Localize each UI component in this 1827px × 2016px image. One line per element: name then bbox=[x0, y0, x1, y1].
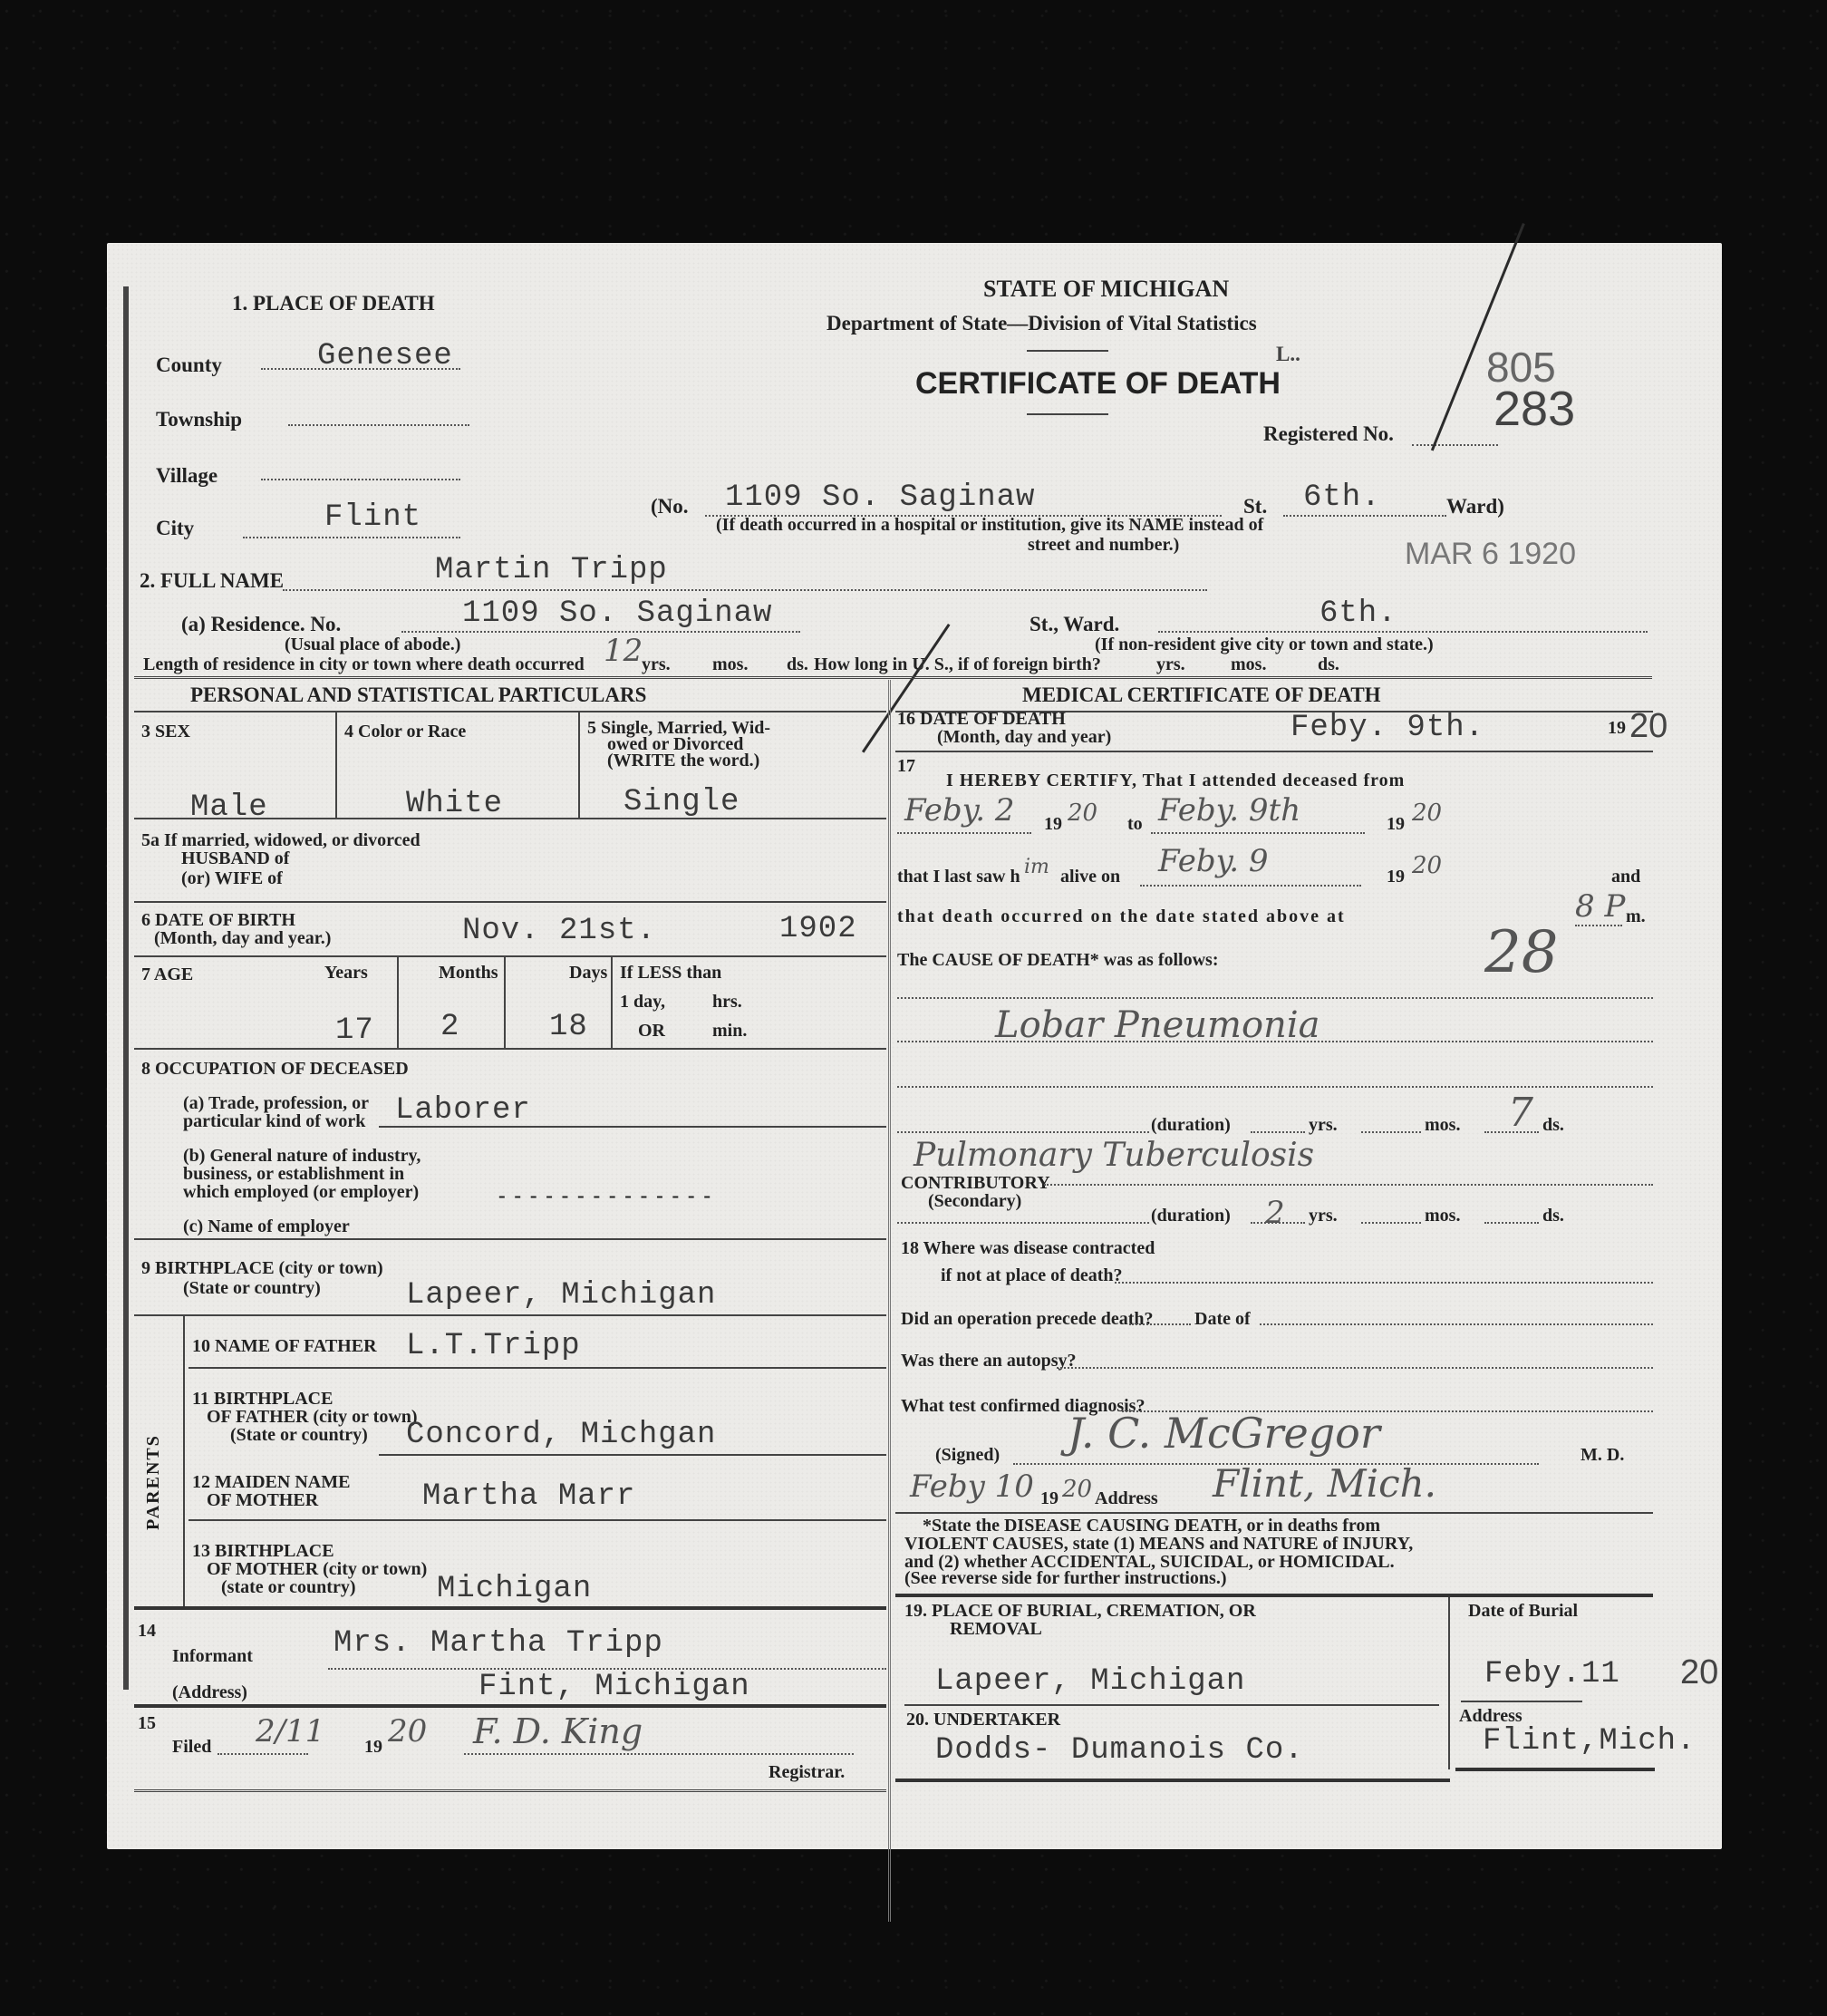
attended-from-year: 20 bbox=[1068, 800, 1097, 827]
foreign-ds-label: ds. bbox=[1318, 654, 1339, 675]
ds-label-2: ds. bbox=[1542, 1206, 1564, 1226]
title-rule-top bbox=[1027, 350, 1108, 352]
last-saw-year: 20 bbox=[1412, 852, 1442, 879]
age-days-value: 18 bbox=[549, 1010, 588, 1044]
undertaker-value: Dodds- Dumanois Co. bbox=[935, 1733, 1304, 1768]
informant-address-value: Fint, Michigan bbox=[478, 1670, 750, 1704]
burial-place-label-2: REMOVAL bbox=[950, 1619, 1042, 1640]
rule bbox=[379, 1454, 886, 1456]
rule bbox=[134, 955, 886, 957]
state-heading: STATE OF MICHIGAN bbox=[983, 276, 1229, 303]
md-label: M. D. bbox=[1580, 1445, 1624, 1466]
attended-to-value: Feby. 9th bbox=[1158, 792, 1300, 829]
foreign-yrs-label: yrs. bbox=[1156, 654, 1185, 675]
hospital-note: (If death occurred in a hospital or inst… bbox=[716, 515, 1263, 536]
dob-value: Nov. 21st. bbox=[462, 914, 656, 948]
last-saw-alive-value: Feby. 9 bbox=[1158, 843, 1269, 879]
parents-side-label: PARENTS bbox=[143, 1434, 164, 1530]
city-label: City bbox=[156, 517, 194, 540]
alive-on-label: alive on bbox=[1060, 867, 1120, 887]
rule bbox=[1461, 1701, 1582, 1702]
spouse-label-2: HUSBAND of bbox=[181, 848, 289, 869]
age-years-value: 17 bbox=[335, 1013, 374, 1048]
race-value: White bbox=[406, 787, 503, 821]
registered-label: Registered No. bbox=[1263, 422, 1394, 446]
secondary-label: (Secondary) bbox=[928, 1191, 1021, 1212]
margin-code: 28 bbox=[1484, 919, 1558, 986]
dod-19-label: 19 bbox=[1608, 718, 1626, 739]
time-of-death-value: 8 P bbox=[1575, 888, 1625, 925]
signed-19-label: 19 bbox=[1040, 1488, 1058, 1509]
signed-label: (Signed) bbox=[935, 1445, 1000, 1466]
contributory-value: Pulmonary Tuberculosis bbox=[913, 1137, 1314, 1174]
column-divider bbox=[888, 680, 893, 1922]
attended-to-19: 19 bbox=[1387, 814, 1405, 835]
yrs-label: yrs. bbox=[1309, 1115, 1338, 1136]
abode-note: (Usual place of abode.) bbox=[285, 635, 460, 655]
mother-label-2: OF MOTHER bbox=[207, 1490, 318, 1511]
rule bbox=[895, 751, 1653, 752]
age-label: 7 AGE bbox=[141, 964, 193, 985]
filed-number: 15 bbox=[138, 1713, 156, 1734]
length-of-residence-years: 12 bbox=[604, 633, 643, 669]
cell-divider bbox=[504, 957, 506, 1048]
birthplace-value: Lapeer, Michigan bbox=[406, 1278, 716, 1313]
mother-birthplace-label-3: (state or country) bbox=[221, 1577, 355, 1598]
rule bbox=[134, 1048, 886, 1050]
township-label: Township bbox=[156, 408, 242, 431]
to-label: to bbox=[1127, 814, 1143, 835]
attended-from-value: Feby. 2 bbox=[904, 792, 1015, 829]
marital-label-3: (WRITE the word.) bbox=[607, 751, 759, 771]
village-label: Village bbox=[156, 464, 217, 488]
mos-label: mos. bbox=[712, 654, 748, 675]
department-heading: Department of State—Division of Vital St… bbox=[826, 312, 1257, 335]
occupation-value: Laborer bbox=[395, 1093, 531, 1128]
margin-mark: L.. bbox=[1276, 343, 1300, 366]
duration-label-2: (duration) bbox=[1151, 1206, 1231, 1226]
burial-place-value: Lapeer, Michigan bbox=[935, 1664, 1245, 1699]
residence-ward-label: St., Ward. bbox=[1029, 613, 1119, 636]
registrar-label: Registrar. bbox=[768, 1762, 845, 1783]
filed-label: Filed bbox=[172, 1737, 211, 1758]
race-label: 4 Color or Race bbox=[344, 722, 466, 742]
marital-status-value: Single bbox=[623, 785, 739, 819]
time-of-death-label: that death occurred on the date stated a… bbox=[897, 906, 1346, 927]
nonresident-note: (If non-resident give city or town and s… bbox=[1095, 635, 1434, 655]
residence-ward-value: 6th. bbox=[1319, 596, 1397, 631]
registrar-signature: F. D. King bbox=[473, 1711, 643, 1751]
father-birthplace-value: Concord, Michgan bbox=[406, 1418, 716, 1452]
days-label: Days bbox=[569, 963, 607, 984]
hrs-label: hrs. bbox=[712, 992, 742, 1013]
sex-value: Male bbox=[190, 790, 268, 825]
rule bbox=[134, 1704, 886, 1708]
cell-divider bbox=[335, 712, 337, 818]
undertaker-label: 20. UNDERTAKER bbox=[906, 1710, 1060, 1730]
years-label: Years bbox=[324, 963, 368, 984]
full-name-label: 2. FULL NAME bbox=[140, 569, 284, 593]
death-street-value: 1109 So. Saginaw bbox=[725, 480, 1035, 515]
burial-divider bbox=[1448, 1597, 1450, 1769]
signed-year-value: 20 bbox=[1062, 1476, 1092, 1503]
contributory-duration-years: 2 bbox=[1265, 1195, 1285, 1231]
mother-maiden-name-value: Martha Marr bbox=[422, 1479, 635, 1514]
burial-date-label: Date of Burial bbox=[1468, 1601, 1578, 1622]
informant-label: Informant bbox=[172, 1646, 253, 1667]
birthplace-label: 9 BIRTHPLACE (city or town) bbox=[141, 1258, 383, 1279]
residence-label: (a) Residence. No. bbox=[181, 613, 341, 636]
medical-heading: MEDICAL CERTIFICATE OF DEATH bbox=[1022, 683, 1381, 707]
dob-year-value: 1902 bbox=[779, 912, 857, 946]
dob-label-2: (Month, day and year.) bbox=[154, 928, 331, 949]
date-of-death-year: 20 bbox=[1629, 707, 1667, 746]
informant-value: Mrs. Martha Tripp bbox=[333, 1626, 663, 1661]
rule bbox=[895, 1594, 1653, 1597]
cause-of-death-label: The CAUSE OF DEATH* was as follows: bbox=[897, 950, 1218, 971]
filed-year-value: 20 bbox=[388, 1713, 427, 1749]
cell-divider bbox=[611, 957, 613, 1048]
one-day-label: 1 day, bbox=[620, 992, 665, 1013]
foreign-birth-label: How long in U. S., if of foreign birth? bbox=[814, 654, 1101, 675]
place-of-death-heading: 1. PLACE OF DEATH bbox=[232, 292, 435, 315]
m-label: m. bbox=[1626, 906, 1646, 927]
full-name-value: Martin Tripp bbox=[435, 553, 668, 587]
and-label: and bbox=[1611, 867, 1640, 887]
date-of-death-label-2: (Month, day and year) bbox=[937, 727, 1111, 748]
foreign-mos-label: mos. bbox=[1231, 654, 1266, 675]
death-ward-value: 6th. bbox=[1303, 480, 1381, 515]
less-than-label: If LESS than bbox=[620, 963, 721, 984]
trade-label-2: particular kind of work bbox=[183, 1111, 365, 1132]
last-saw-pronoun: im bbox=[1024, 856, 1049, 878]
autopsy-label: Was there an autopsy? bbox=[901, 1351, 1077, 1371]
duration-label: (duration) bbox=[1151, 1115, 1231, 1136]
rule bbox=[134, 1314, 886, 1316]
industry-value: - - - - - - - - - - - - - - bbox=[498, 1184, 712, 1207]
death-certificate: STATE OF MICHIGAN Department of State—Di… bbox=[107, 243, 1722, 1849]
filed-date-value: 2/11 bbox=[256, 1713, 324, 1749]
certify-text: I HEREBY CERTIFY, That I attended deceas… bbox=[946, 771, 1405, 791]
ds-label: ds. bbox=[1542, 1115, 1564, 1136]
registered-number: 283 bbox=[1493, 381, 1575, 437]
undertaker-address-value: Flint,Mich. bbox=[1483, 1724, 1696, 1759]
employer-label: (c) Name of employer bbox=[183, 1216, 350, 1237]
date-of-death-value: Feby. 9th. bbox=[1290, 711, 1484, 745]
rule bbox=[379, 1126, 886, 1128]
attended-to-year: 20 bbox=[1412, 800, 1442, 827]
last-saw-label: that I last saw h bbox=[897, 867, 1020, 887]
rule bbox=[1455, 1768, 1655, 1771]
operation-label: Did an operation precede death? bbox=[901, 1309, 1154, 1330]
county-label: County bbox=[156, 354, 222, 377]
father-name-value: L.T.Tripp bbox=[406, 1329, 581, 1363]
spouse-label-3: (or) WIFE of bbox=[181, 868, 283, 889]
physician-address-label: Address bbox=[1095, 1488, 1158, 1509]
age-months-value: 2 bbox=[440, 1010, 459, 1044]
cell-divider bbox=[397, 957, 399, 1048]
yrs-label: yrs. bbox=[642, 654, 671, 675]
ds-label: ds. bbox=[787, 654, 808, 675]
min-label: min. bbox=[712, 1021, 747, 1042]
or-label: OR bbox=[638, 1021, 665, 1042]
burial-year-value: 20 bbox=[1680, 1653, 1718, 1692]
contracted-label-2: if not at place of death? bbox=[941, 1265, 1123, 1286]
birthplace-label-2: (State or country) bbox=[183, 1278, 321, 1299]
filed-19-label: 19 bbox=[364, 1737, 382, 1758]
left-frame-rule bbox=[123, 286, 129, 1690]
cause-duration-days: 7 bbox=[1508, 1090, 1533, 1136]
rule bbox=[134, 711, 886, 712]
informant-number: 14 bbox=[138, 1621, 156, 1642]
rule bbox=[188, 1519, 886, 1521]
father-label: 10 NAME OF FATHER bbox=[192, 1336, 377, 1357]
occupation-heading: 8 OCCUPATION OF DECEASED bbox=[141, 1059, 409, 1080]
rule bbox=[895, 1512, 1653, 1514]
item-17-label: 17 bbox=[897, 756, 915, 777]
rule bbox=[134, 1238, 886, 1240]
city-value: Flint bbox=[324, 500, 421, 535]
industry-label-3: which employed (or employer) bbox=[183, 1182, 419, 1203]
residence-value: 1109 So. Saginaw bbox=[462, 596, 772, 631]
sex-label: 3 SEX bbox=[141, 722, 190, 742]
father-birthplace-label-3: (State or country) bbox=[230, 1425, 368, 1446]
rule bbox=[134, 901, 886, 903]
hospital-note-2: street and number.) bbox=[1028, 535, 1179, 556]
burial-date-value: Feby.11 bbox=[1484, 1657, 1620, 1691]
certificate-title: CERTIFICATE OF DEATH bbox=[915, 366, 1281, 402]
rule bbox=[134, 818, 886, 819]
mother-birthplace-value: Michigan bbox=[437, 1572, 592, 1606]
last-saw-19: 19 bbox=[1387, 867, 1405, 887]
cell-divider bbox=[578, 712, 580, 818]
section-divider bbox=[134, 676, 1652, 681]
title-rule-bottom bbox=[1027, 413, 1108, 415]
footnote-4: (See reverse side for further instructio… bbox=[904, 1568, 1226, 1589]
mos-label-2: mos. bbox=[1425, 1206, 1460, 1226]
attended-from-19: 19 bbox=[1044, 814, 1062, 835]
rule bbox=[134, 1606, 886, 1610]
mos-label: mos. bbox=[1425, 1115, 1460, 1136]
length-of-residence-label: Length of residence in city or town wher… bbox=[143, 654, 585, 675]
ward-label: Ward) bbox=[1446, 495, 1504, 519]
yrs-label-2: yrs. bbox=[1309, 1206, 1338, 1226]
rule bbox=[895, 1779, 1450, 1782]
signed-date-value: Feby 10 bbox=[910, 1468, 1034, 1505]
county-value: Genesee bbox=[317, 339, 453, 373]
physician-address-value: Flint, Mich. bbox=[1213, 1461, 1436, 1506]
physician-signature: J. C. McGregor bbox=[1068, 1409, 1380, 1458]
received-date-stamp: MAR 6 1920 bbox=[1405, 537, 1576, 572]
parents-divider bbox=[183, 1316, 185, 1606]
contracted-label: 18 Where was disease contracted bbox=[901, 1238, 1155, 1259]
informant-address-label: (Address) bbox=[172, 1682, 247, 1703]
rule bbox=[134, 1789, 886, 1794]
operation-date-label: Date of bbox=[1194, 1309, 1251, 1330]
months-label: Months bbox=[439, 963, 498, 984]
rule bbox=[904, 1704, 1439, 1706]
personal-heading: PERSONAL AND STATISTICAL PARTICULARS bbox=[190, 683, 646, 707]
street-no-label: (No. bbox=[651, 495, 689, 519]
rule bbox=[188, 1367, 886, 1369]
